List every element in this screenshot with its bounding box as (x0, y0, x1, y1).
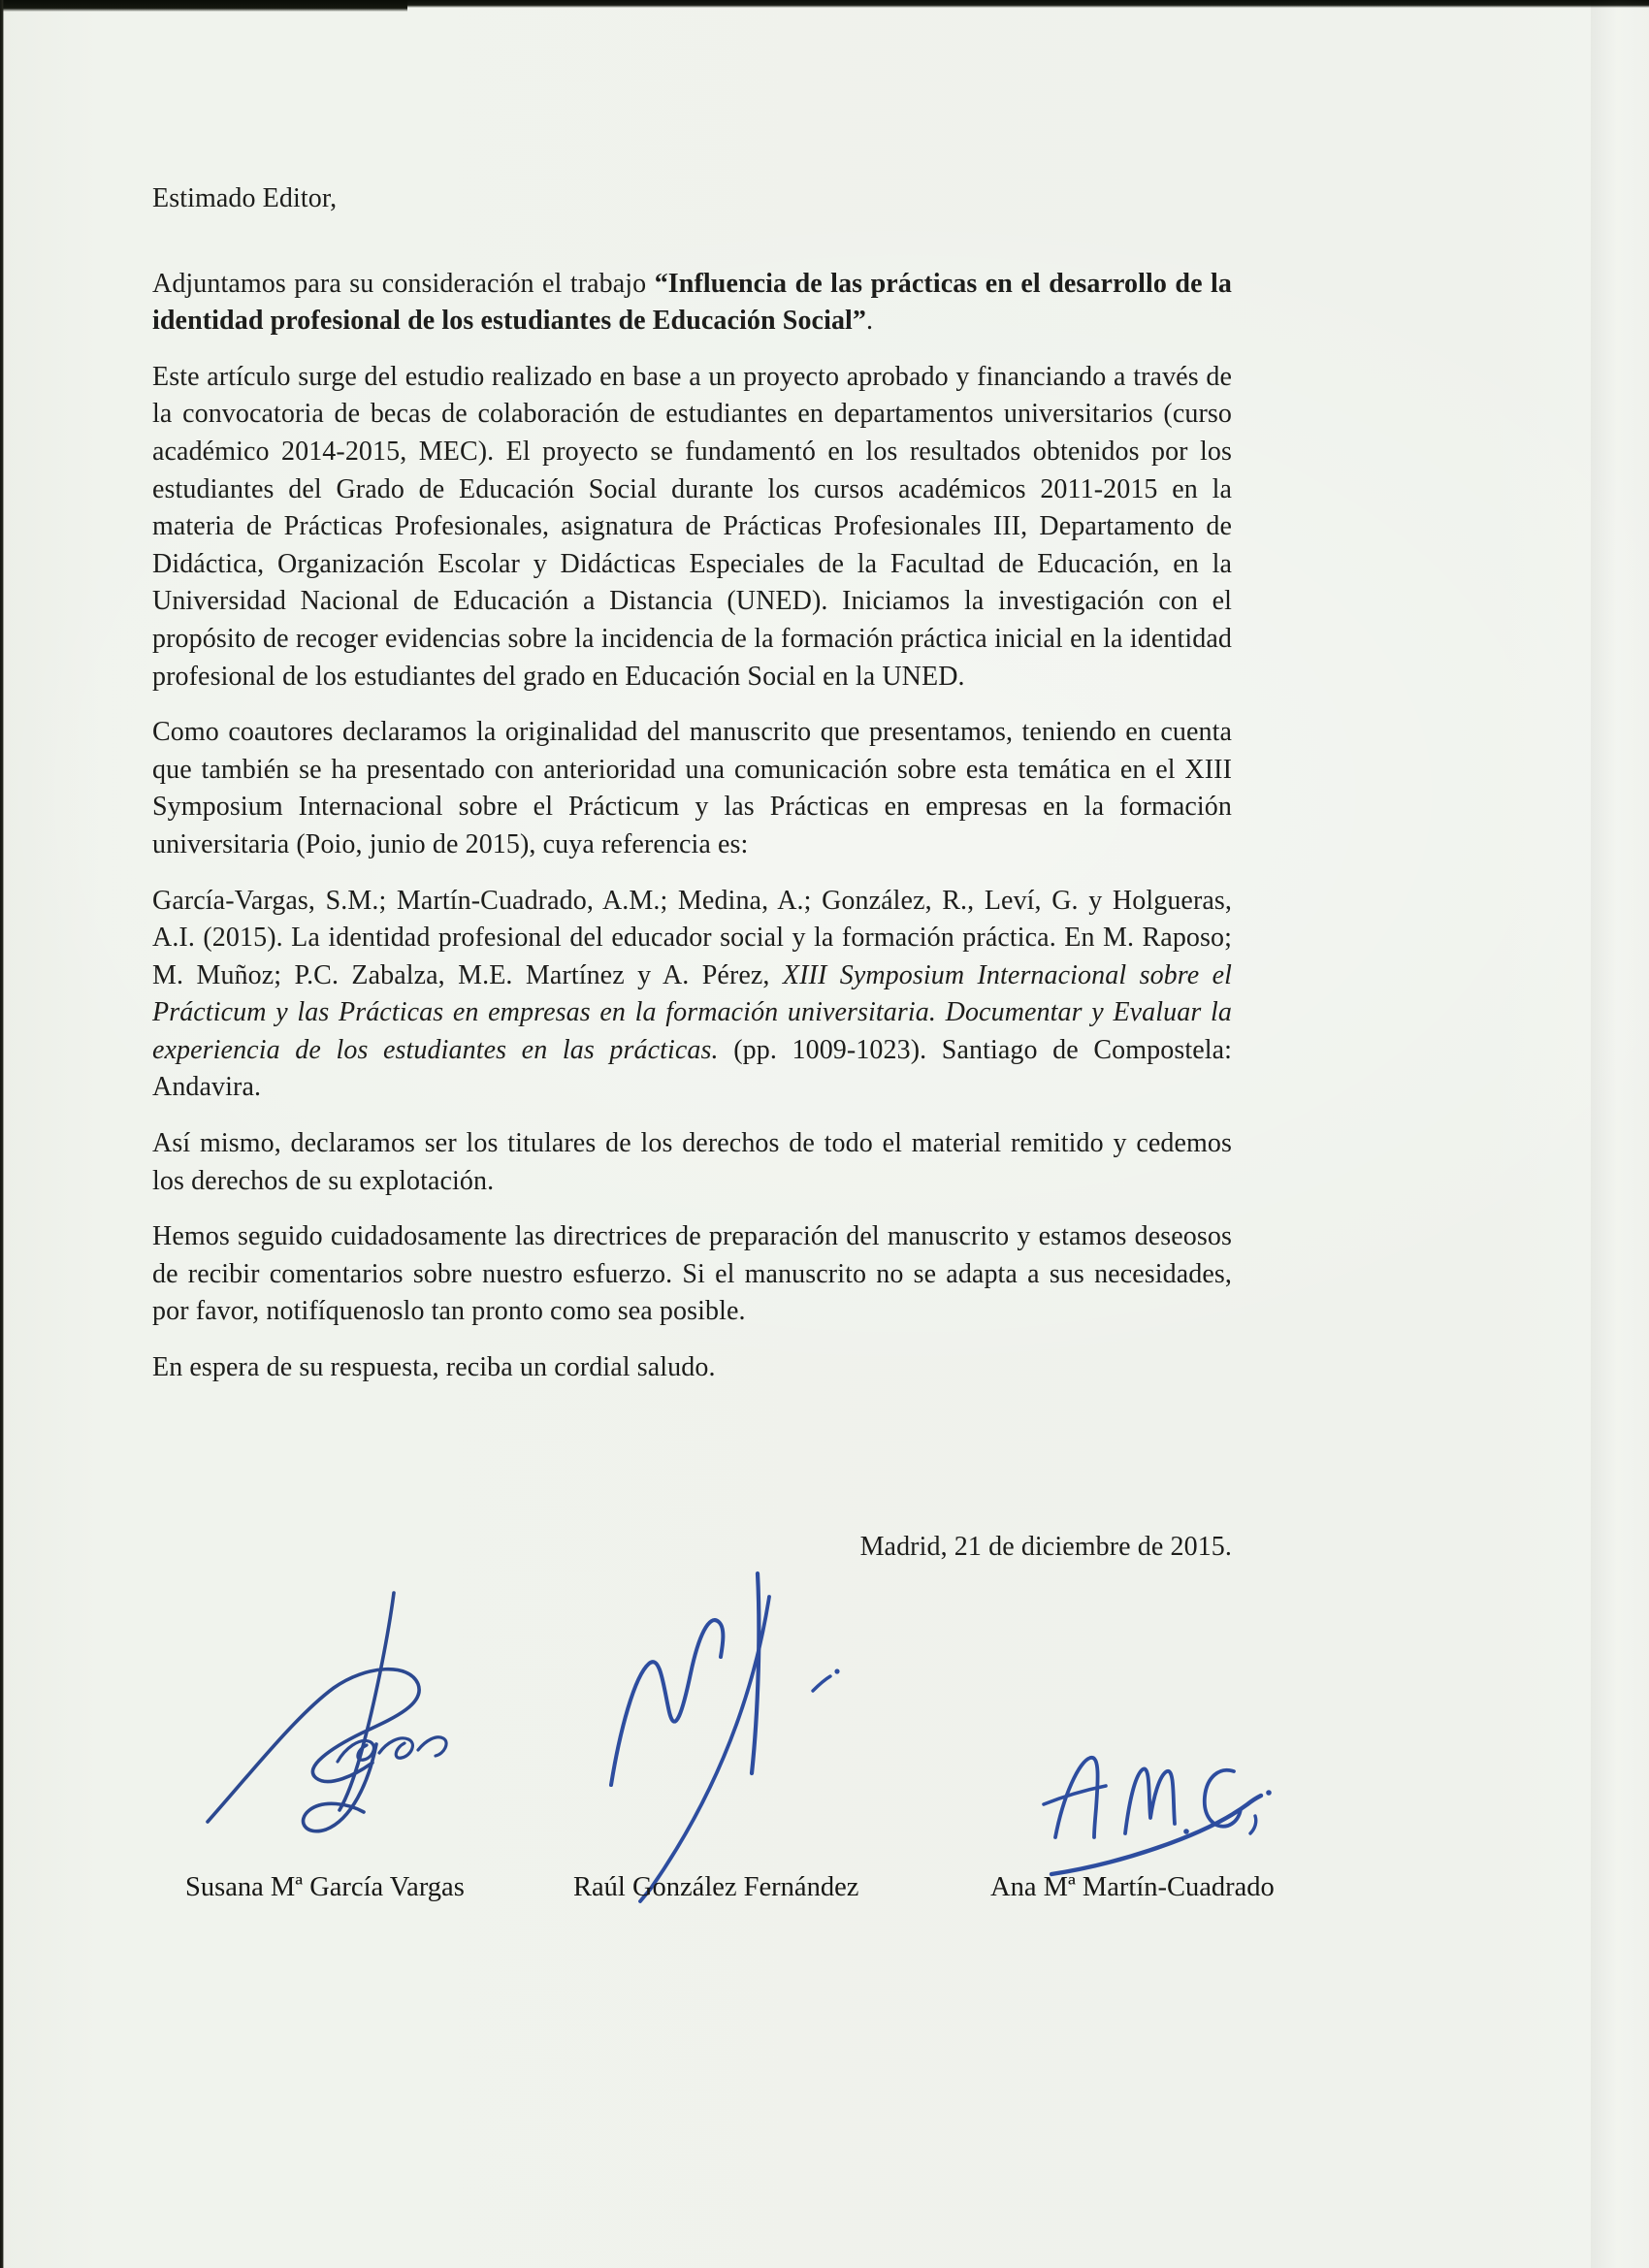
dateline: Madrid, 21 de diciembre de 2015. (152, 1529, 1232, 1567)
salutation: Estimado Editor, (152, 180, 1232, 218)
paragraph-study: Este artículo surge del estudio realizad… (152, 359, 1232, 696)
submission-text-end: . (866, 306, 873, 336)
paper-fold-shadow (1591, 0, 1649, 2268)
paragraph-originality: Como coautores declaramos la originalida… (152, 714, 1232, 863)
paragraph-reference: García-Vargas, S.M.; Martín-Cuadrado, A.… (152, 883, 1232, 1108)
scan-edge-left (0, 0, 4, 2268)
paragraph-rights: Así mismo, declaramos ser los titulares … (152, 1125, 1232, 1200)
signatory-name-susana: Susana Mª García Vargas (185, 1872, 465, 1903)
signature-ana-martin-cuadrado-icon (1026, 1719, 1309, 1882)
letter-body: Estimado Editor, Adjuntamos para su cons… (152, 180, 1232, 1584)
scanned-letter-page: Estimado Editor, Adjuntamos para su cons… (0, 0, 1649, 2268)
signature-raul-gonzalez-fernandez-icon (594, 1564, 927, 1907)
signature-susana-garcia-vargas-icon (192, 1577, 485, 1851)
paragraph-guidelines: Hemos seguido cuidadosamente las directr… (152, 1218, 1232, 1331)
signatory-name-ana: Ana Mª Martín-Cuadrado (990, 1872, 1275, 1903)
scan-edge-top-left (0, 0, 407, 12)
paragraph-submission: Adjuntamos para su consideración el trab… (152, 266, 1232, 340)
signatory-name-raul: Raúl González Fernández (573, 1872, 858, 1903)
submission-text-lead: Adjuntamos para su consideración el trab… (152, 269, 655, 299)
paragraph-closing: En espera de su respuesta, reciba un cor… (152, 1349, 1232, 1387)
